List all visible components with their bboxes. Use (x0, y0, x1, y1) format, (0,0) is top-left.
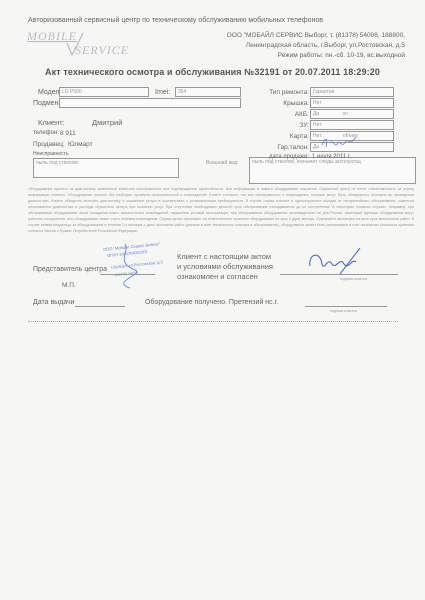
battery-field[interactable]: Да sn (310, 109, 394, 119)
imei-field[interactable]: 354 (175, 87, 241, 97)
received-signature-caption: подпись клиента (330, 309, 357, 313)
battery-label: АКБ: (262, 111, 309, 118)
sale-date-label: дата продажи: (250, 154, 309, 160)
logo-line2: SERVICE (75, 43, 129, 58)
appearance-field[interactable]: пыль под стеклом, незначит следы эксплуа… (249, 157, 416, 184)
warranty-signature-icon (320, 135, 360, 153)
repair-type-label: Тип ремонта: (262, 89, 309, 96)
page-title: Акт технического осмотра и обслуживания … (0, 67, 425, 77)
issue-date-line[interactable] (75, 306, 125, 307)
cover-label: Крышка: (262, 100, 309, 107)
seller-label: Продавец: (33, 141, 65, 148)
client-name: Дмитрий (92, 118, 122, 127)
terms-text: Оборудование принято на диагностику заяв… (28, 186, 414, 234)
received-signature-line[interactable] (305, 306, 387, 307)
sale-date-value: 1 июля 2011 г. (312, 154, 351, 160)
representative-label: Представитель центра (33, 266, 107, 273)
battery-value: Да (313, 111, 319, 117)
repair-type-field[interactable]: Гарантия (310, 87, 394, 97)
client-ack-line3: ознакомлен и согласен (177, 272, 258, 281)
representative-signature-line[interactable] (100, 274, 155, 275)
company-logo: MOBILE SERVICE (27, 29, 157, 65)
client-signature-caption: подпись клиента (340, 277, 367, 281)
company-address: Ленинградская область, г.Выборг, ул.Рост… (246, 41, 405, 51)
stamp-place-label: М.П. (62, 282, 76, 289)
received-label: Оборудование получено. Претензий нс.г. (145, 299, 278, 306)
warranty-label: Гар.талон: (262, 144, 309, 151)
client-label: Клиент: (38, 118, 65, 127)
client-ack-line2: и условиями обслуживания (177, 262, 273, 271)
imei-label: Imei: (155, 89, 170, 96)
phone-label: телефон: (33, 130, 59, 136)
cut-line (28, 321, 398, 322)
fault-field[interactable]: пыль под стеклом (33, 158, 179, 178)
appearance-label: Внешний вид: (206, 160, 238, 166)
client-ack-line1: Клиент с настоящим актом (177, 252, 271, 261)
card-label: Карта: (262, 133, 309, 140)
model-field[interactable]: LG P500 (59, 87, 149, 97)
company-name: ООО "МОБАЙЛ СЕРВИС Выборг, т. (81378) 54… (227, 31, 405, 41)
seller-value: Юлмарт (68, 141, 93, 148)
fault-label: Неисправность (33, 151, 69, 157)
phone-value: 8 911 (60, 130, 76, 137)
client-signature-icon (300, 246, 370, 280)
charger-field[interactable]: Нет (310, 120, 394, 130)
cover-field[interactable]: Нет (310, 98, 394, 108)
issue-date-label: Дата выдачи (33, 299, 75, 306)
company-hours: Режим работы: пн.-сб. 10-19, вс.выходной (278, 51, 405, 61)
header-tagline: Авторизованный сервисный центр по технич… (28, 17, 323, 24)
replacement-field[interactable] (59, 98, 241, 108)
charger-label: ЗУ: (262, 122, 309, 129)
battery-sn: sn (343, 111, 348, 117)
